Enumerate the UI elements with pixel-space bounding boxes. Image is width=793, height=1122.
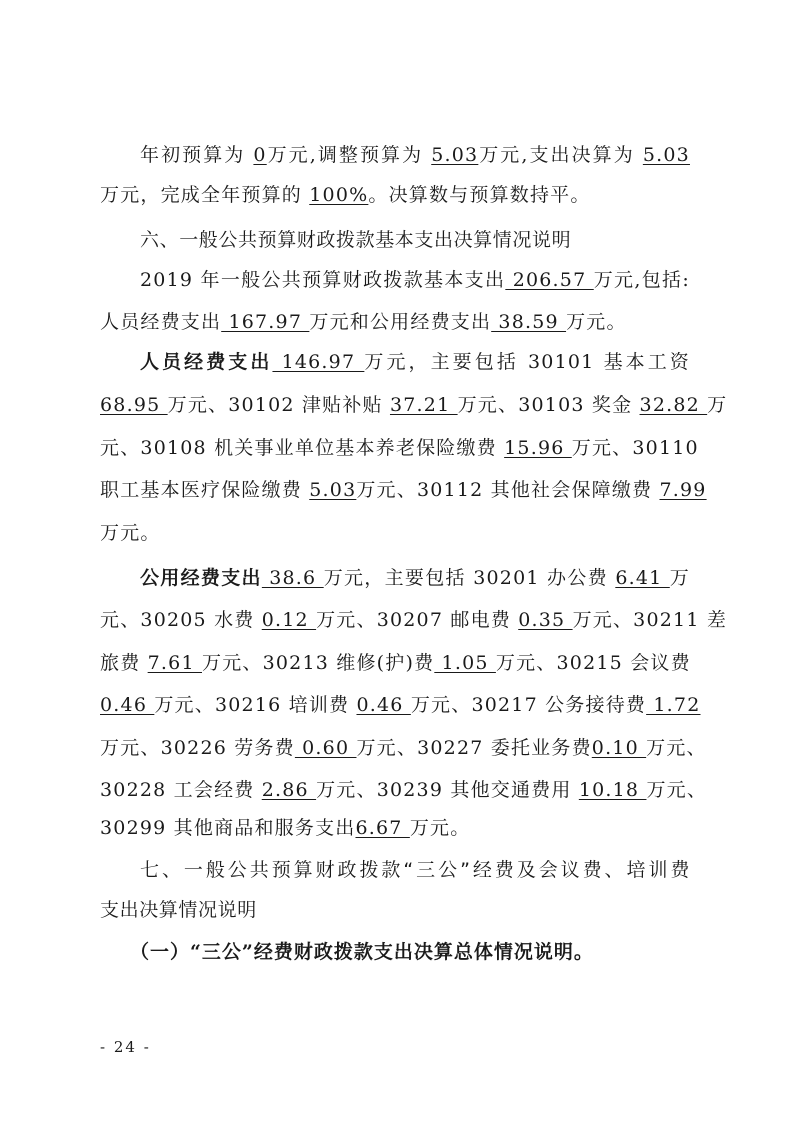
underlined-value: 0.12 [262,609,316,631]
bold-label: 人员经费支出 [140,351,272,373]
section-heading-7-cont: 支出决算情况说明 [100,895,690,925]
underlined-value: 0.35 [518,609,572,631]
underlined-value: 37.21 [390,394,458,416]
text: 万元、 [646,779,707,801]
paragraph-line: 万元、30226 劳务费 0.60 万元、30227 委托业务费0.10 万元、 [100,733,690,763]
underlined-value: 0.10 [592,737,646,759]
text: 万元、30227 委托业务费 [356,737,591,759]
text: 万元,调整预算为 [267,144,432,166]
underlined-value: 7.99 [659,479,706,501]
paragraph-line: 元、30205 水费 0.12 万元、30207 邮电费 0.35 万元、302… [100,605,690,635]
text: 万元、30103 奖金 [458,394,640,416]
text: 万元、30226 劳务费 [100,737,295,759]
text: 年初预算为 [140,144,253,166]
paragraph-line: 公用经费支出 38.6 万元，主要包括 30201 办公费 6.41 万 [140,563,690,593]
paragraph-line: 万元，完成全年预算的 100%。决算数与预算数持平。 [100,180,690,210]
paragraph-line: 人员经费支出 167.97 万元和公用经费支出 38.59 万元。 [100,307,690,337]
underlined-value: 167.97 [221,311,309,333]
paragraph-line: 30228 工会经费 2.86 万元、30239 其他交通费用 10.18 万元… [100,775,690,805]
underlined-value: 5.03 [643,144,690,166]
document-page: 年初预算为 0万元,调整预算为 5.03万元,支出决算为 5.03 万元，完成全… [0,0,793,1122]
text: 万 [707,394,727,416]
text: 万元、30213 维修(护)费 [202,652,434,674]
underlined-value: 1.72 [646,694,700,716]
underlined-value: 0.60 [295,737,357,759]
underlined-value: 6.67 [355,817,409,839]
underlined-value: 32.82 [640,394,708,416]
underlined-value: 10.18 [579,779,647,801]
paragraph-line: 元、30108 机关事业单位基本养老保险缴费 15.96 万元、30110 [100,433,690,463]
paragraph-line: 旅费 7.61 万元、30213 维修(护)费 1.05 万元、30215 会议… [100,648,690,678]
text: 元、30205 水费 [100,609,262,631]
text: 万元，主要包括 30101 基本工资 [364,351,690,373]
bold-label: 公用经费支出 [140,567,262,589]
paragraph-line: 人员经费支出 146.97 万元，主要包括 30101 基本工资 [140,347,690,377]
underlined-value: 0.46 [356,694,410,716]
text: 职工基本医疗保险缴费 [100,479,309,501]
page-number: - 24 - [100,1038,151,1056]
underlined-value: 68.95 [100,394,168,416]
text: 万元、30215 会议费 [496,652,691,674]
text: 30299 其他商品和服务支出 [100,817,355,839]
text: 30228 工会经费 [100,779,262,801]
text: 万元,包括: [594,269,690,291]
underlined-value: 1.05 [434,652,496,674]
text: 万元、 [646,737,707,759]
text: 万元和公用经费支出 [309,311,491,333]
text: 万元。 [566,311,627,333]
paragraph-line: 0.46 万元、30216 培训费 0.46 万元、30217 公务接待费 1.… [100,690,690,720]
underlined-value: 146.97 [272,351,364,373]
text: 万元、30216 培训费 [154,694,356,716]
paragraph-line: 年初预算为 0万元,调整预算为 5.03万元,支出决算为 5.03 [140,140,690,170]
underlined-value: 0.46 [100,694,154,716]
section-heading-6: 六、一般公共预算财政拨款基本支出决算情况说明 [140,225,690,255]
text: 万元、30112 其他社会保障缴费 [356,479,659,501]
text: 万元,支出决算为 [478,144,643,166]
text: 。决算数与预算数持平。 [368,184,590,206]
underlined-value: 100% [309,184,368,206]
text: 万元、30110 [572,437,699,459]
paragraph-line: 万元。 [100,518,690,548]
text: 旅费 [100,652,148,674]
underlined-value: 38.6 [262,567,324,589]
underlined-value: 15.96 [504,437,572,459]
text: 万元、30102 津贴补贴 [168,394,390,416]
text: 元、30108 机关事业单位基本养老保险缴费 [100,437,504,459]
paragraph-line: 2019 年一般公共预算财政拨款基本支出 206.57 万元,包括: [140,265,690,295]
underlined-value: 2.86 [262,779,316,801]
text: 万 [670,567,690,589]
text: 万元。 [410,817,471,839]
underlined-value: 206.57 [505,269,593,291]
text: 万元、30211 差 [573,609,727,631]
underlined-value: 6.41 [615,567,669,589]
text: 万元，主要包括 30201 办公费 [324,567,616,589]
underlined-value: 5.03 [309,479,356,501]
section-heading-7: 七、一般公共预算财政拨款“三公”经费及会议费、培训费 [140,855,690,885]
underlined-value: 0 [253,144,266,166]
underlined-value: 7.61 [148,652,202,674]
paragraph-line: 职工基本医疗保险缴费 5.03万元、30112 其他社会保障缴费 7.99 [100,475,690,505]
text: 万元，完成全年预算的 [100,184,309,206]
subsection-heading-1: （一）“三公”经费财政拨款支出决算总体情况说明。 [130,937,690,967]
underlined-value: 5.03 [431,144,478,166]
paragraph-line: 30299 其他商品和服务支出6.67 万元。 [100,813,690,843]
text: 人员经费支出 [100,311,221,333]
text: 万元、30217 公务接待费 [411,694,646,716]
text: 万元、30207 邮电费 [316,609,518,631]
text: 万元、30239 其他交通费用 [316,779,579,801]
underlined-value: 38.59 [491,311,566,333]
text: 2019 年一般公共预算财政拨款基本支出 [140,269,505,291]
paragraph-line: 68.95 万元、30102 津贴补贴 37.21 万元、30103 奖金 32… [100,390,690,420]
